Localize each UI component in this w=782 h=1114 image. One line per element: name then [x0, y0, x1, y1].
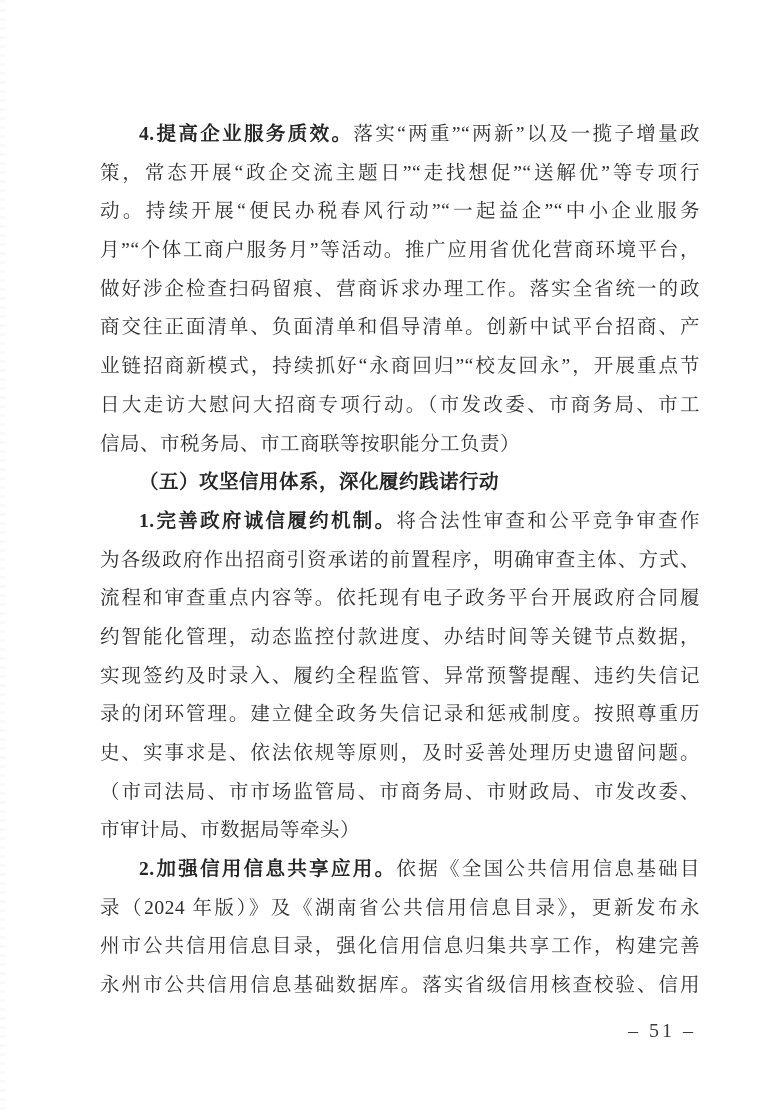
text-line: 为各级政府作出招商引资承诺的前置程序，明确审查主体、方式、 [100, 542, 700, 581]
text-line: 市审计局、市数据局等牵头） [100, 812, 700, 851]
text-line: 商交往正面清单、负面清单和倡导清单。创新中试平台招商、产 [100, 309, 700, 348]
text-line: 州市公共信用信息目录，强化信用信息归集共享工作，构建完善 [100, 928, 700, 967]
text-line: 永州市公共信用信息基础数据库。落实省级信用核查校验、信用 [100, 967, 700, 1006]
text-line: 史、实事求是、依法依规等原则，及时妥善处理历史遗留问题。 [100, 735, 700, 774]
text-line: 月”“个体工商户服务月”等活动。推广应用省优化营商环境平台， [100, 232, 700, 271]
text-line: 约智能化管理，动态监控付款进度、办结时间等关键节点数据， [100, 619, 700, 658]
document-page: 4.提高企业服务质效。落实“两重”“两新”以及一揽子增量政策，常态开展“政企交流… [0, 0, 782, 1114]
text-line: 2.加强信用信息共享应用。依据《全国公共信用信息基础目 [100, 851, 700, 890]
scan-edge-artifact [0, 0, 5, 1114]
text-line: 动。持续开展“便民办税春风行动”“一起益企”“中小企业服务 [100, 193, 700, 232]
section-heading: （五）攻坚信用体系，深化履约践诺行动 [100, 464, 700, 503]
text-line: 做好涉企检查扫码留痕、营商诉求办理工作。落实全省统一的政 [100, 271, 700, 310]
text-line: 信局、市税务局、市工商联等按职能分工负责） [100, 426, 700, 465]
page-number: – 51 – [628, 1020, 696, 1042]
document-body: 4.提高企业服务质效。落实“两重”“两新”以及一揽子增量政策，常态开展“政企交流… [100, 116, 700, 1006]
paragraph-lead-bold: 2.加强信用信息共享应用。 [139, 859, 396, 880]
paragraph-lead-bold: 4.提高企业服务质效。 [139, 124, 353, 145]
text-line: （市司法局、市市场监管局、市商务局、市财政局、市发改委、 [100, 774, 700, 813]
text-line: 策，常态开展“政企交流主题日”“走找想促”“送解优”等专项行 [100, 155, 700, 194]
text-line: 实现签约及时录入、履约全程监管、异常预警提醒、违约失信记 [100, 658, 700, 697]
text-line: 4.提高企业服务质效。落实“两重”“两新”以及一揽子增量政 [100, 116, 700, 155]
text-line: 录的闭环管理。建立健全政务失信记录和惩戒制度。按照尊重历 [100, 696, 700, 735]
text-line: 流程和审查重点内容等。依托现有电子政务平台开展政府合同履 [100, 580, 700, 619]
paragraph-lead-bold: 1.完善政府诚信履约机制。 [139, 511, 396, 532]
text-line: 日大走访大慰问大招商专项行动。（市发改委、市商务局、市工 [100, 387, 700, 426]
text-line: 1.完善政府诚信履约机制。将合法性审查和公平竞争审查作 [100, 503, 700, 542]
text-line: 录（2024 年版）》及《湖南省公共信用信息目录》，更新发布永 [100, 890, 700, 929]
text-line: 业链招商新模式，持续抓好“永商回归”“校友回永”，开展重点节 [100, 348, 700, 387]
